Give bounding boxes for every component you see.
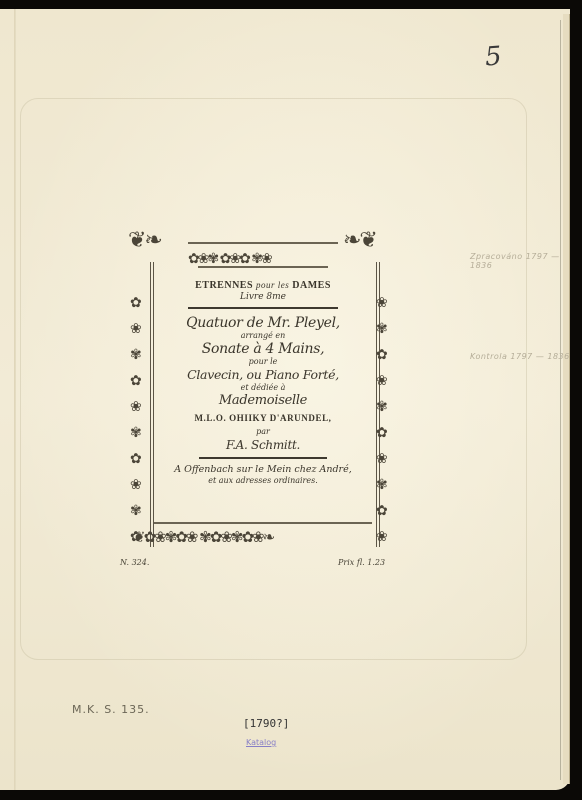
wheat-sheaf-icon: ❧❦ xyxy=(343,230,403,252)
instrumentation: Clavecin, ou Piano Forté, xyxy=(158,367,368,383)
divider-rule xyxy=(199,457,327,459)
sonata-title: Sonate à 4 Mains, xyxy=(158,341,368,357)
library-stamp: Katalog xyxy=(246,738,276,747)
frame-bottom-bar xyxy=(154,522,372,524)
floral-garland-icon: ❦✿❀✾✿❀ ✾✿❀✾✿❀❧ xyxy=(133,530,273,545)
folio-number: 5 xyxy=(484,41,503,72)
frame-top-bar xyxy=(188,242,338,244)
for-label: pour le xyxy=(158,357,368,367)
page-edge-line xyxy=(560,20,561,780)
volume-label: Livre 8me xyxy=(158,292,368,302)
floral-garland-icon: ❀✾✿❀✾✿❀✾✿❀ xyxy=(376,290,390,550)
arranger-name: F.A. Schmitt. xyxy=(158,437,368,453)
work-title: Quatuor de Mr. Pleyel, xyxy=(158,315,368,331)
dedicatee-name: M.L.O. OHIIKY D'ARUNDEL, xyxy=(158,413,368,423)
dedication-label: et dédiée à xyxy=(158,383,368,393)
series-title: ETRENNES pour les DAMES xyxy=(158,280,368,291)
pencil-note: Zpracováno 1797 — 1836 xyxy=(470,252,582,270)
floral-garland-icon: ✿❀✾ ✿❀✿ ✾❀ xyxy=(188,252,271,266)
date-annotation: [1790?] xyxy=(243,717,289,730)
engraved-title-plate: ❦❧ ❧❦ ✿❀✾ ✿❀✿ ✾❀ ✿❀✾✿❀✾✿❀✾✿ ❀✾✿❀✾✿❀✾✿❀ ❦… xyxy=(128,230,398,570)
shelfmark: M.K. S. 135. xyxy=(72,703,150,716)
imprint-line-2: et aux adresses ordinaires. xyxy=(158,475,368,486)
pencil-note: Kontrola 1797 — 1836 xyxy=(470,352,570,361)
wheat-sheaf-icon: ❦❧ xyxy=(128,230,188,252)
divider-rule xyxy=(188,307,338,309)
plate-number: N. 324. xyxy=(120,558,149,567)
title-text: ETRENNES pour les DAMES Livre 8me Quatuo… xyxy=(158,280,368,486)
by-label: par xyxy=(158,427,368,437)
page-edge-stack xyxy=(563,14,570,784)
page-gutter xyxy=(14,9,16,790)
arranged-label: arrangé en xyxy=(158,331,368,341)
mademoiselle: Mademoiselle xyxy=(158,393,368,409)
floral-garland-icon: ✿❀✾✿❀✾✿❀✾✿ xyxy=(130,290,144,550)
imprint-line-1: A Offenbach sur le Mein chez André, xyxy=(158,464,368,475)
price: Prix fl. 1.23 xyxy=(338,558,385,567)
